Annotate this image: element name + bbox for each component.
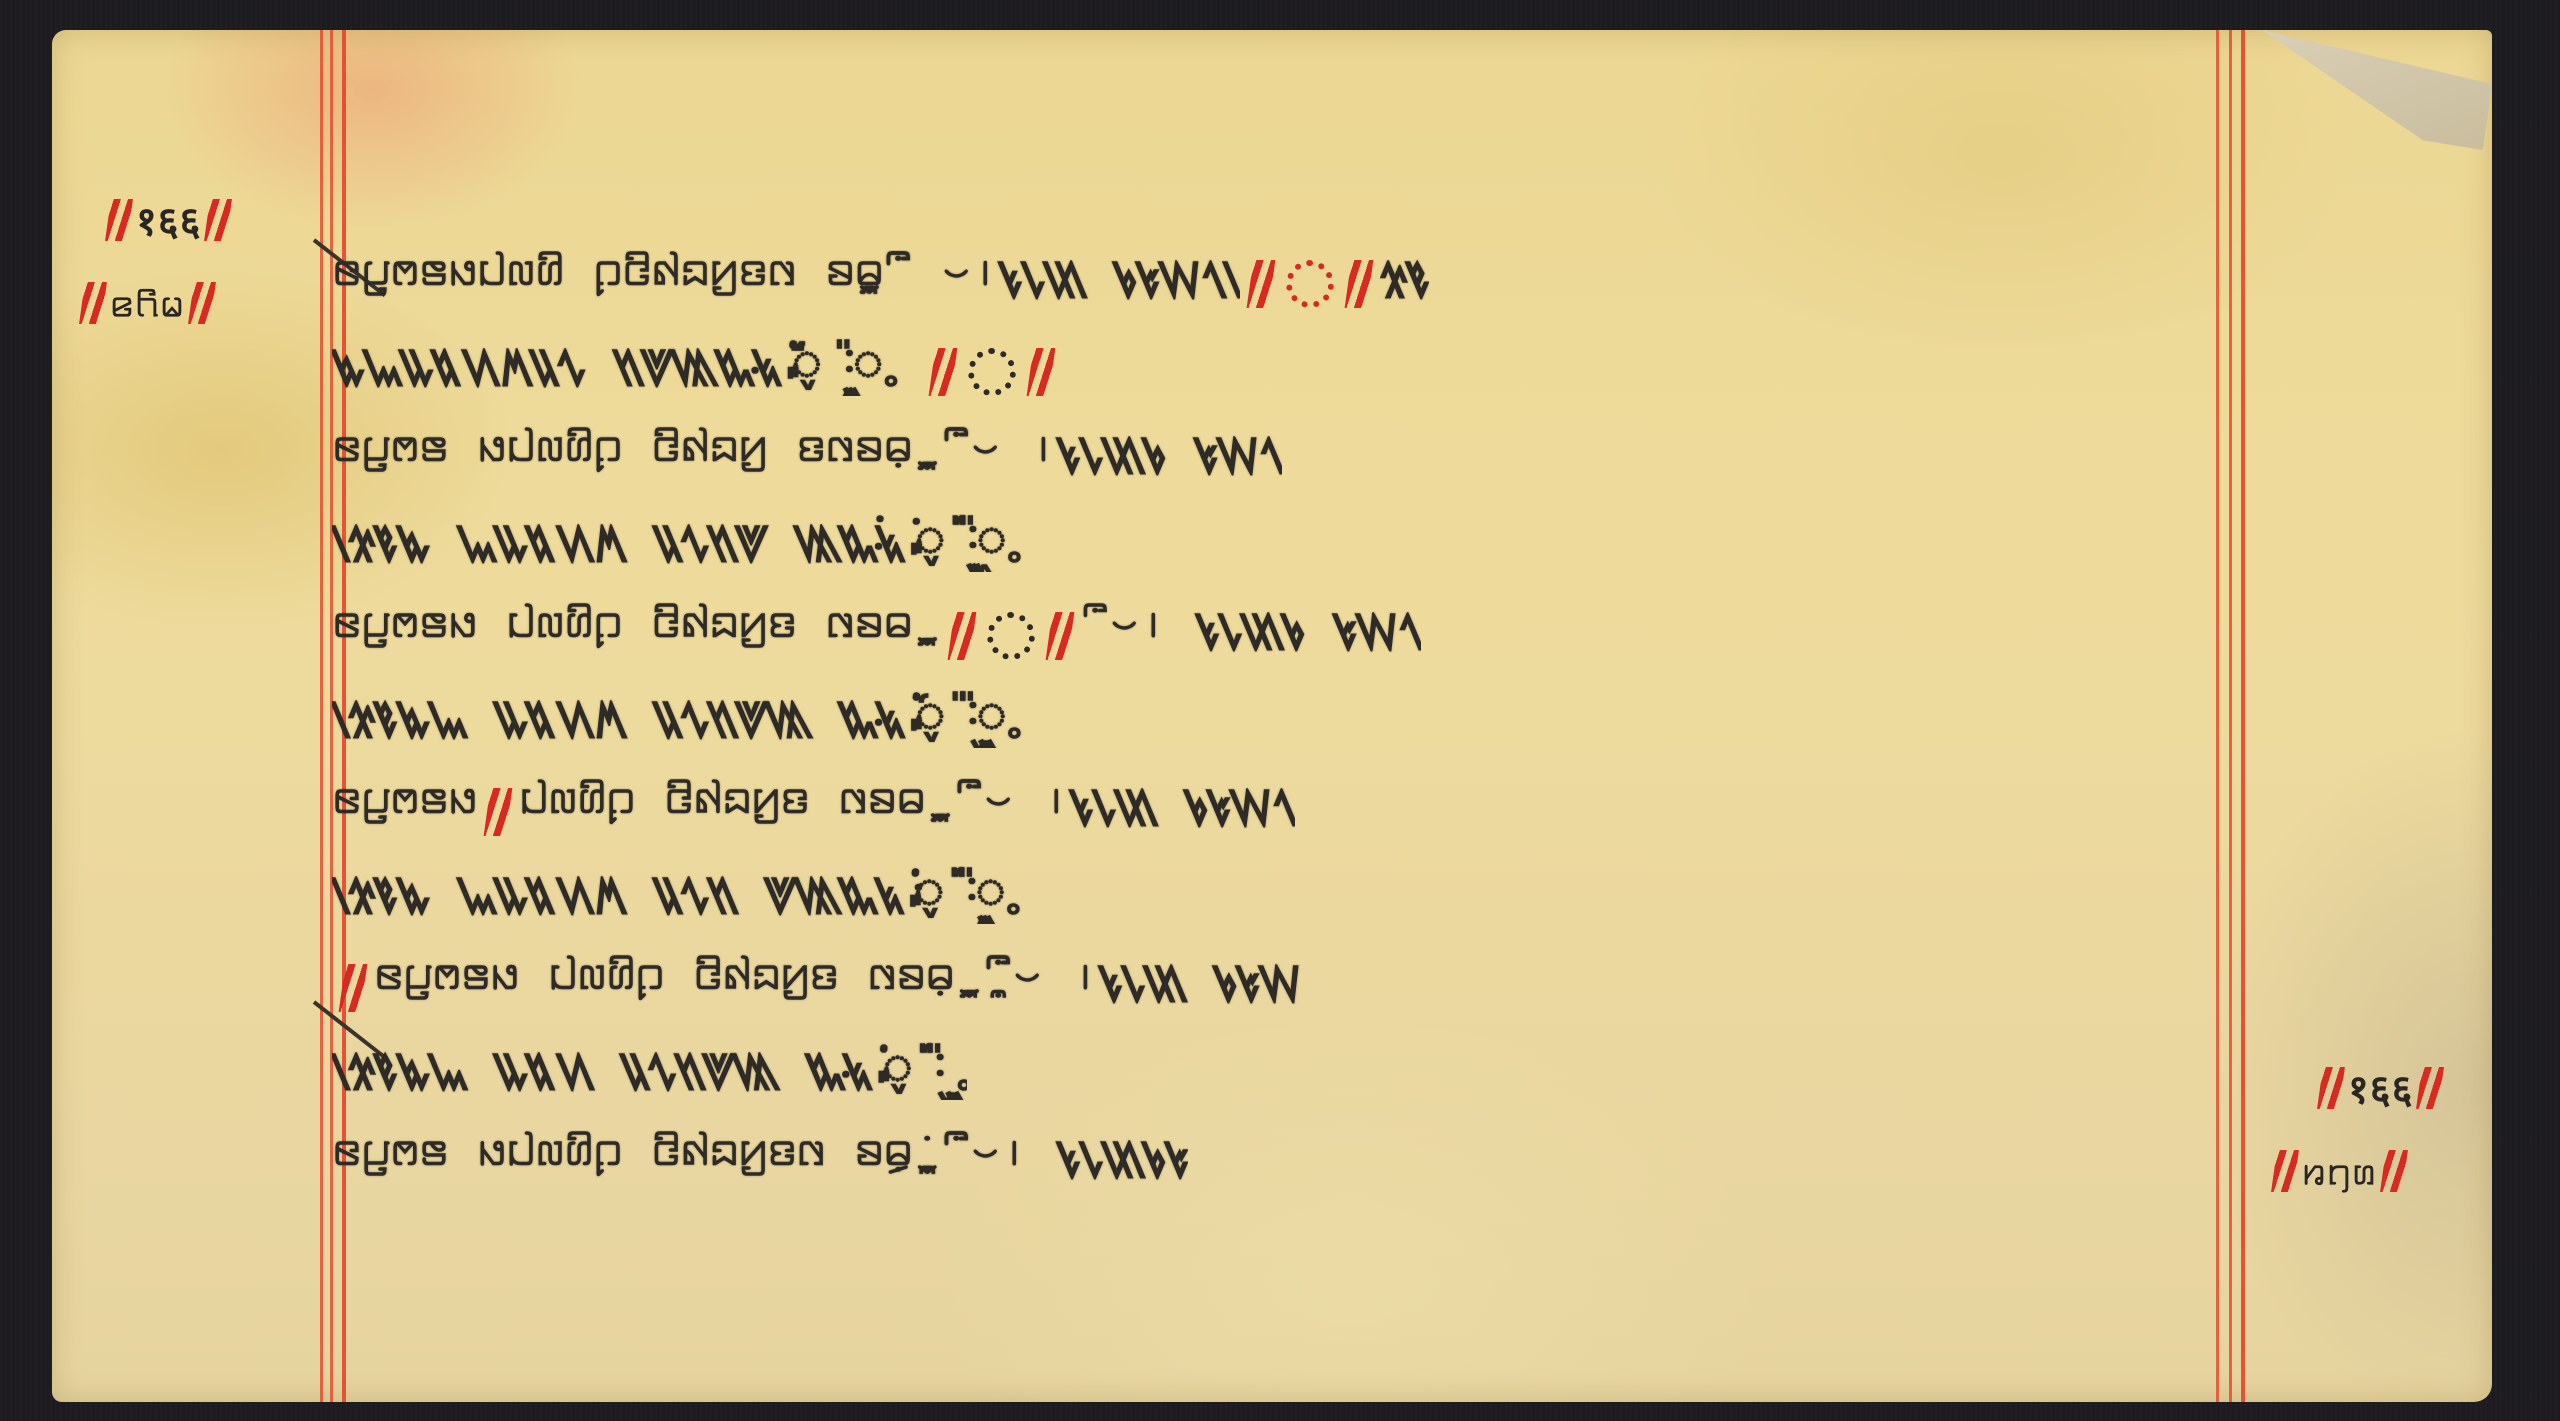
left-title-label: ꤕꤖꤗ xyxy=(82,280,213,326)
script-text: ꤕꤖꤗꤘꤙ xyxy=(332,778,477,836)
red-double-danda xyxy=(2317,1067,2345,1109)
red-double-danda xyxy=(188,282,216,324)
right-border-rule xyxy=(2241,30,2245,1402)
title-label-text: ꤕꤖꤗ xyxy=(110,280,185,326)
red-double-danda xyxy=(1246,260,1275,308)
red-double-danda xyxy=(1344,260,1373,308)
red-double-danda xyxy=(2380,1150,2408,1192)
left-border-rule xyxy=(320,30,323,1402)
text-line: ꤺꤻꤼꤽꤾꤿꥀꥁ ꥂꥃꥄꥅꥆꥇ ꥈꥉꥊꥋꥌꥍ ꥎꥏꥐꥑ ꥒ꥓꥔꥕꥖ ꥗꥘ ꥙꥚ xyxy=(332,338,2212,396)
script-text: ꤚꤛꤜꤝ ꤞꤟꤠꤡꤢ ꤣꤤꤥ ꤦꤧꤨꤩꤪ ꤫꤬꤭꤮ ꤯ꤰꤱꤲ ꤳꤴꤵꤶ xyxy=(519,778,1295,836)
red-double-danda xyxy=(2271,1150,2299,1192)
red-double-danda xyxy=(79,282,107,324)
right-border-rule xyxy=(2229,30,2232,1402)
text-line: ꤷꤸꤹꤺꤻ ꤼꤽꤾ ꥀꥁꥂꥃꥄ ꥅꥆꥇ ꥈꥉꥊꥋ ꥌꥍꥎꥏ ꥐꥑꥒ ꥓꥔꥕꥖꥗ xyxy=(332,1042,2212,1100)
ink-ornament-icon xyxy=(968,348,1016,396)
text-line: ꤕꤖꤗꤘ ꤙꤚꤛꤜꤝ ꤞꤟꤠꤡꤢꤣ ꤤꤥꤦꤧ ꤨꤩꤪ꤫ ꤬꤭꤮꤯ ꤰꤱꤲꤳꤴ xyxy=(332,1130,2212,1188)
script-text: ꤪ꤫꤬ ꤭꤮꤯ ꤰꤱꤲꤳ ꤴꤵꤶ xyxy=(1081,602,1421,660)
text-line: ꤕꤖꤗꤘꤙꤚꤛꤜ ꤝꤞꤟꤠꤡꤢꤣ ꤤꤥꤦꤧꤨꤩꤪ ꤫꤬꤭ ꤮꤯ꤰꤱꤲ ꤳꤴꤵꤶꤷ… xyxy=(332,250,2212,308)
script-text: ꤺꤻꤼꤽꤾꤿꥀꥁ ꥂꥃꥄꥅꥆꥇ ꥈꥉꥊꥋꥌꥍ ꥎꥏꥐꥑ ꥒ꥓꥔꥕꥖ ꥗꥘ xyxy=(332,338,922,396)
red-double-danda xyxy=(105,199,133,241)
script-text: ꤕꤖꤗꤘꤙ ꤚꤛꤜꤝ ꤞꤟꤠꤡꤢ ꤣꤤꤥꤦ ꤧꤨꤩ ꤪ꤫꤬꤭꤮ ꤯ꤰꤱꤲ ꤳꤴꤵ xyxy=(374,954,1302,1012)
manuscript-folio: १६६ ꤕꤖꤗ १६६ ꤙꤚꤛ ꤕꤖꤗꤘꤙꤚꤛꤜ ꤝꤞꤟꤠꤡꤢꤣ ꤤꤥꤦꤧꤨꤩꤪ… xyxy=(52,30,2492,1402)
red-double-danda xyxy=(1027,348,1056,396)
manuscript-text-block: ꤕꤖꤗꤘꤙꤚꤛꤜ ꤝꤞꤟꤠꤡꤢꤣ ꤤꤥꤦꤧꤨꤩꤪ ꤫꤬꤭ ꤮꤯ꤰꤱꤲ ꤳꤴꤵꤶꤷ… xyxy=(332,250,2212,1218)
script-text: ꤕꤖꤗꤘꤙꤚꤛꤜ ꤝꤞꤟꤠꤡꤢꤣ ꤤꤥꤦꤧꤨꤩꤪ ꤫꤬꤭ ꤮꤯ꤰꤱꤲ ꤳꤴꤵꤶꤷ xyxy=(332,250,1240,308)
text-line: ꤷꤸꤹꤺ ꤻꤼꤽꤾꤿ ꥀꥁꥂꥃ ꥄꥅꥆꥇꥈ ꥉꥊꥋ ꥌꥍꥎꥏꥐ ꥑꥒ꥓꥔ ꥕꥖꥗ xyxy=(332,514,2212,572)
script-text: ꤷꤸꤹꤺ ꤻꤼꤽꤾꤿ ꥀꥁꥂ ꥃꥄꥅꥆ ꥇꥈꥉꥊꥋ ꥌꥍꥎ ꥏꥐꥑꥒ꥓ ꥔꥕꥖꥗ xyxy=(332,866,1046,924)
red-double-danda xyxy=(948,612,977,660)
text-line: ꤕꤖꤗꤘ ꤙꤚꤛꤜꤝ ꤞꤟꤠꤡ ꤢꤣꤤꤥꤦ ꤧꤨꤩꤪ ꤫꤬꤭꤮ ꤯ꤰꤱꤲꤳ ꤴꤵ… xyxy=(332,426,2212,484)
red-double-danda xyxy=(204,199,232,241)
red-double-danda xyxy=(929,348,958,396)
left-folio-number: १६६ xyxy=(108,192,229,247)
text-line: ꤕꤖꤗꤘꤙ ꤚꤛꤜꤝ ꤞꤟꤠꤡꤢ ꤣꤤꤥ ꤦꤧꤨꤩꤪ ꤫꤬꤭꤮ ꤯ꤰꤱꤲ ꤳꤴꤵ… xyxy=(332,778,2212,836)
red-double-danda xyxy=(2416,1067,2444,1109)
red-double-danda xyxy=(339,964,368,1012)
text-line: ꤷꤸꤹꤺ ꤻꤼꤽꤾꤿ ꥀꥁꥂ ꥃꥄꥅꥆ ꥇꥈꥉꥊꥋ ꥌꥍꥎ ꥏꥐꥑꥒ꥓ ꥔꥕꥖꥗ xyxy=(332,866,2212,924)
title-label-text: ꤙꤚꤛ xyxy=(2302,1148,2377,1194)
folio-number-text: १६६ xyxy=(136,192,201,247)
script-text: ꤕꤖꤗꤘ ꤙꤚꤛꤜꤝ ꤞꤟꤠꤡ ꤢꤣꤤꤥꤦ ꤧꤨꤩꤪ ꤫꤬꤭꤮ ꤯ꤰꤱꤲꤳ ꤴꤵ… xyxy=(332,426,1282,484)
text-line: ꤷꤸꤹꤺꤻ ꤼꤽꤾꤿ ꥀꥁꥂꥃꥄ ꥅꥆꥇ ꥈꥉꥊꥋꥌ ꥍꥎꥏ ꥐꥑꥒ꥓ ꥔꥕꥖꥗ xyxy=(332,690,2212,748)
right-border-rule xyxy=(2216,30,2219,1402)
folio-number-text: १६६ xyxy=(2348,1060,2413,1115)
text-line: ꤕꤖꤗꤘꤙ ꤚꤛꤜꤝ ꤞꤟꤠꤡꤢ ꤣꤤꤥ ꤦꤧꤨꤩ ꤪ꤫꤬ ꤭꤮꤯ ꤰꤱꤲꤳ ꤴ… xyxy=(332,602,2212,660)
red-double-danda xyxy=(1046,612,1075,660)
red-ornament-icon xyxy=(1286,260,1334,308)
right-folio-number: १६६ xyxy=(2320,1060,2441,1115)
red-double-danda xyxy=(484,788,513,836)
script-text: ꤸꤹ xyxy=(1380,250,1430,308)
script-text: ꤷꤸꤹꤺꤻ ꤼꤽꤾꤿ ꥀꥁꥂꥃꥄ ꥅꥆꥇ ꥈꥉꥊꥋꥌ ꥍꥎꥏ ꥐꥑꥒ꥓ ꥔꥕꥖꥗ xyxy=(332,690,1047,748)
script-text: ꤷꤸꤹꤺꤻ ꤼꤽꤾ ꥀꥁꥂꥃꥄ ꥅꥆꥇ ꥈꥉꥊꥋ ꥌꥍꥎꥏ ꥐꥑꥒ ꥓꥔꥕꥖꥗ xyxy=(332,1042,967,1100)
folded-corner xyxy=(2262,30,2492,150)
script-text: ꤷꤸꤹꤺ ꤻꤼꤽꤾꤿ ꥀꥁꥂꥃ ꥄꥅꥆꥇꥈ ꥉꥊꥋ ꥌꥍꥎꥏꥐ ꥑꥒ꥓꥔ ꥕꥖꥗ xyxy=(332,514,1047,572)
ink-ornament-icon xyxy=(987,612,1035,660)
text-line: ꤕꤖꤗꤘꤙ ꤚꤛꤜꤝ ꤞꤟꤠꤡꤢ ꤣꤤꤥꤦ ꤧꤨꤩ ꤪ꤫꤬꤭꤮ ꤯ꤰꤱꤲ ꤳꤴꤵ xyxy=(332,954,2212,1012)
script-text: ꤕꤖꤗꤘ ꤙꤚꤛꤜꤝ ꤞꤟꤠꤡꤢꤣ ꤤꤥꤦꤧ ꤨꤩꤪ꤫ ꤬꤭꤮꤯ ꤰꤱꤲꤳꤴ xyxy=(332,1130,1188,1188)
script-text: ꤕꤖꤗꤘꤙ ꤚꤛꤜꤝ ꤞꤟꤠꤡꤢ ꤣꤤꤥ ꤦꤧꤨꤩ xyxy=(332,602,941,660)
right-title-label: ꤙꤚꤛ xyxy=(2274,1148,2405,1194)
